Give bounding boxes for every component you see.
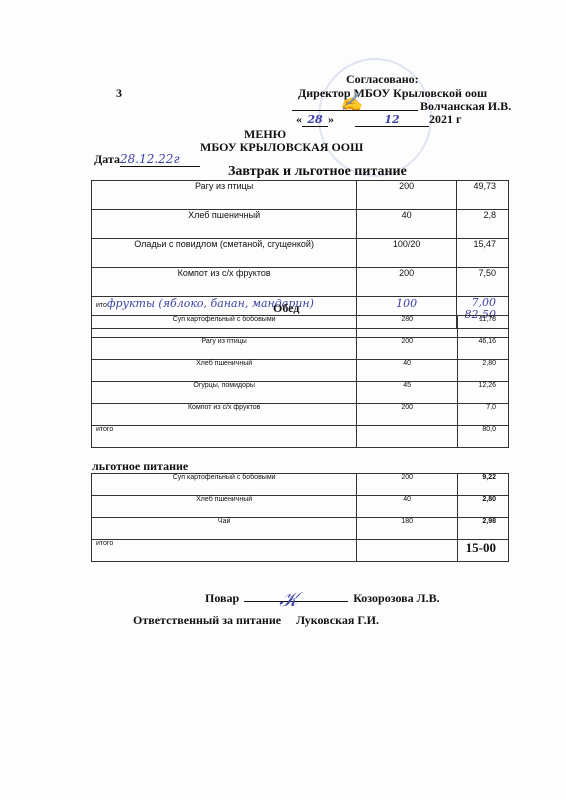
school-name: МБОУ КРЫЛОВСКАЯ ООШ xyxy=(200,140,363,155)
item-name: Оладьи с повидлом (сметаной, сгущенкой) xyxy=(92,239,357,268)
item-qty: 40 xyxy=(357,360,458,382)
item-price: 15,47 xyxy=(457,239,509,268)
approval-month: 12 xyxy=(355,113,429,127)
item-qty: 280 xyxy=(357,316,458,338)
item-qty: 200 xyxy=(357,268,457,297)
cook-signature-line: 𝒦 xyxy=(244,601,348,602)
table-row: Компот из с/х фруктов2007,50 xyxy=(92,268,509,297)
item-name: Хлеб пшеничный xyxy=(92,496,357,518)
approved-label: Согласовано: xyxy=(346,72,419,87)
cook-name: Козорозова Л.В. xyxy=(353,591,439,605)
cook-label: Повар xyxy=(205,591,239,605)
table-row: Суп картофельный с бобовыми28011,78 xyxy=(92,316,509,338)
responsible-name: Луковская Г.И. xyxy=(296,613,379,627)
item-price: 46,16 xyxy=(458,338,509,360)
item-price: 7,50 xyxy=(457,268,509,297)
responsible-row: Ответственный за питание Луковская Г.И. xyxy=(133,613,379,628)
approval-day: 28 xyxy=(302,113,328,127)
item-name: Рагу из птицы xyxy=(92,338,357,360)
item-name: Суп картофельный с бобовыми xyxy=(92,474,357,496)
table-row: Хлеб пшеничный402,8 xyxy=(92,210,509,239)
item-price: 2,8 xyxy=(457,210,509,239)
table-row: Оладьи с повидлом (сметаной, сгущенкой)1… xyxy=(92,239,509,268)
cook-signature: 𝒦 xyxy=(279,587,298,611)
item-name: Компот из с/х фруктов xyxy=(92,268,357,297)
total-label: итого xyxy=(92,540,357,562)
item-qty: 40 xyxy=(357,496,458,518)
page-number: 3 xyxy=(116,86,122,101)
item-name: Суп картофельный с бобовыми xyxy=(92,316,357,338)
item-name: Хлеб пшеничный xyxy=(92,360,357,382)
item-price: 11,78 xyxy=(458,316,509,338)
table-row: Суп картофельный с бобовыми2009,22 xyxy=(92,474,509,496)
item-name: Компот из с/х фруктов xyxy=(92,404,357,426)
date-row: Дата28.12.22г xyxy=(94,152,200,167)
approval-date: «28» 122021 г xyxy=(296,112,461,127)
table-row: Хлеб пшеничный402,80 xyxy=(92,496,509,518)
approval-year: 2021 г xyxy=(429,112,461,126)
item-name: Огурцы, помидоры xyxy=(92,382,357,404)
item-price: 9,22 xyxy=(458,474,509,496)
item-qty: 200 xyxy=(357,181,457,210)
breakfast-table: Рагу из птицы20049,73Хлеб пшеничный402,8… xyxy=(91,180,509,329)
item-price: 2,80 xyxy=(458,360,509,382)
item-price: 12,26 xyxy=(458,382,509,404)
table-row: Хлеб пшеничный402,80 xyxy=(92,360,509,382)
table-row: Огурцы, помидоры4512,26 xyxy=(92,382,509,404)
table-row: Рагу из птицы20049,73 xyxy=(92,181,509,210)
total-label: итого xyxy=(92,426,357,448)
director-signature: ✍ xyxy=(340,92,362,113)
table-row: Компот из с/х фруктов2007,0 xyxy=(92,404,509,426)
lunch-table: Суп картофельный с бобовыми28011,78Рагу … xyxy=(91,315,509,448)
table-row: Чай1802,98 xyxy=(92,518,509,540)
breakfast-title: Завтрак и льготное питание xyxy=(228,164,407,180)
lunch-title: Обед xyxy=(273,301,299,316)
item-name: Хлеб пшеничный xyxy=(92,210,357,239)
table-row-total: итого80,0 xyxy=(92,426,509,448)
item-price: 49,73 xyxy=(457,181,509,210)
cook-row: Повар 𝒦 Козорозова Л.В. xyxy=(205,591,440,606)
item-name: Чай xyxy=(92,518,357,540)
item-qty: 200 xyxy=(357,404,458,426)
item-price: 2,98 xyxy=(458,518,509,540)
total-price: 80,0 xyxy=(458,426,509,448)
item-qty: 45 xyxy=(357,382,458,404)
item-price: 2,80 xyxy=(458,496,509,518)
item-name: Рагу из птицы xyxy=(92,181,357,210)
date-value: 28.12.22г xyxy=(120,152,200,167)
benefit-title: льготное питание xyxy=(92,459,188,474)
item-qty: 40 xyxy=(357,210,457,239)
item-qty: 200 xyxy=(357,338,458,360)
item-qty: 180 xyxy=(357,518,458,540)
item-qty: 100/20 xyxy=(357,239,457,268)
benefit-table: Суп картофельный с бобовыми2009,22Хлеб п… xyxy=(91,473,509,562)
total-qty xyxy=(357,540,458,562)
responsible-label: Ответственный за питание xyxy=(133,613,281,627)
table-row-total: итого15-00 xyxy=(92,540,509,562)
total-price: 15-00 xyxy=(458,540,509,562)
item-price: 7,0 xyxy=(458,404,509,426)
item-qty: 200 xyxy=(357,474,458,496)
total-qty xyxy=(357,426,458,448)
table-row: Рагу из птицы20046,16 xyxy=(92,338,509,360)
